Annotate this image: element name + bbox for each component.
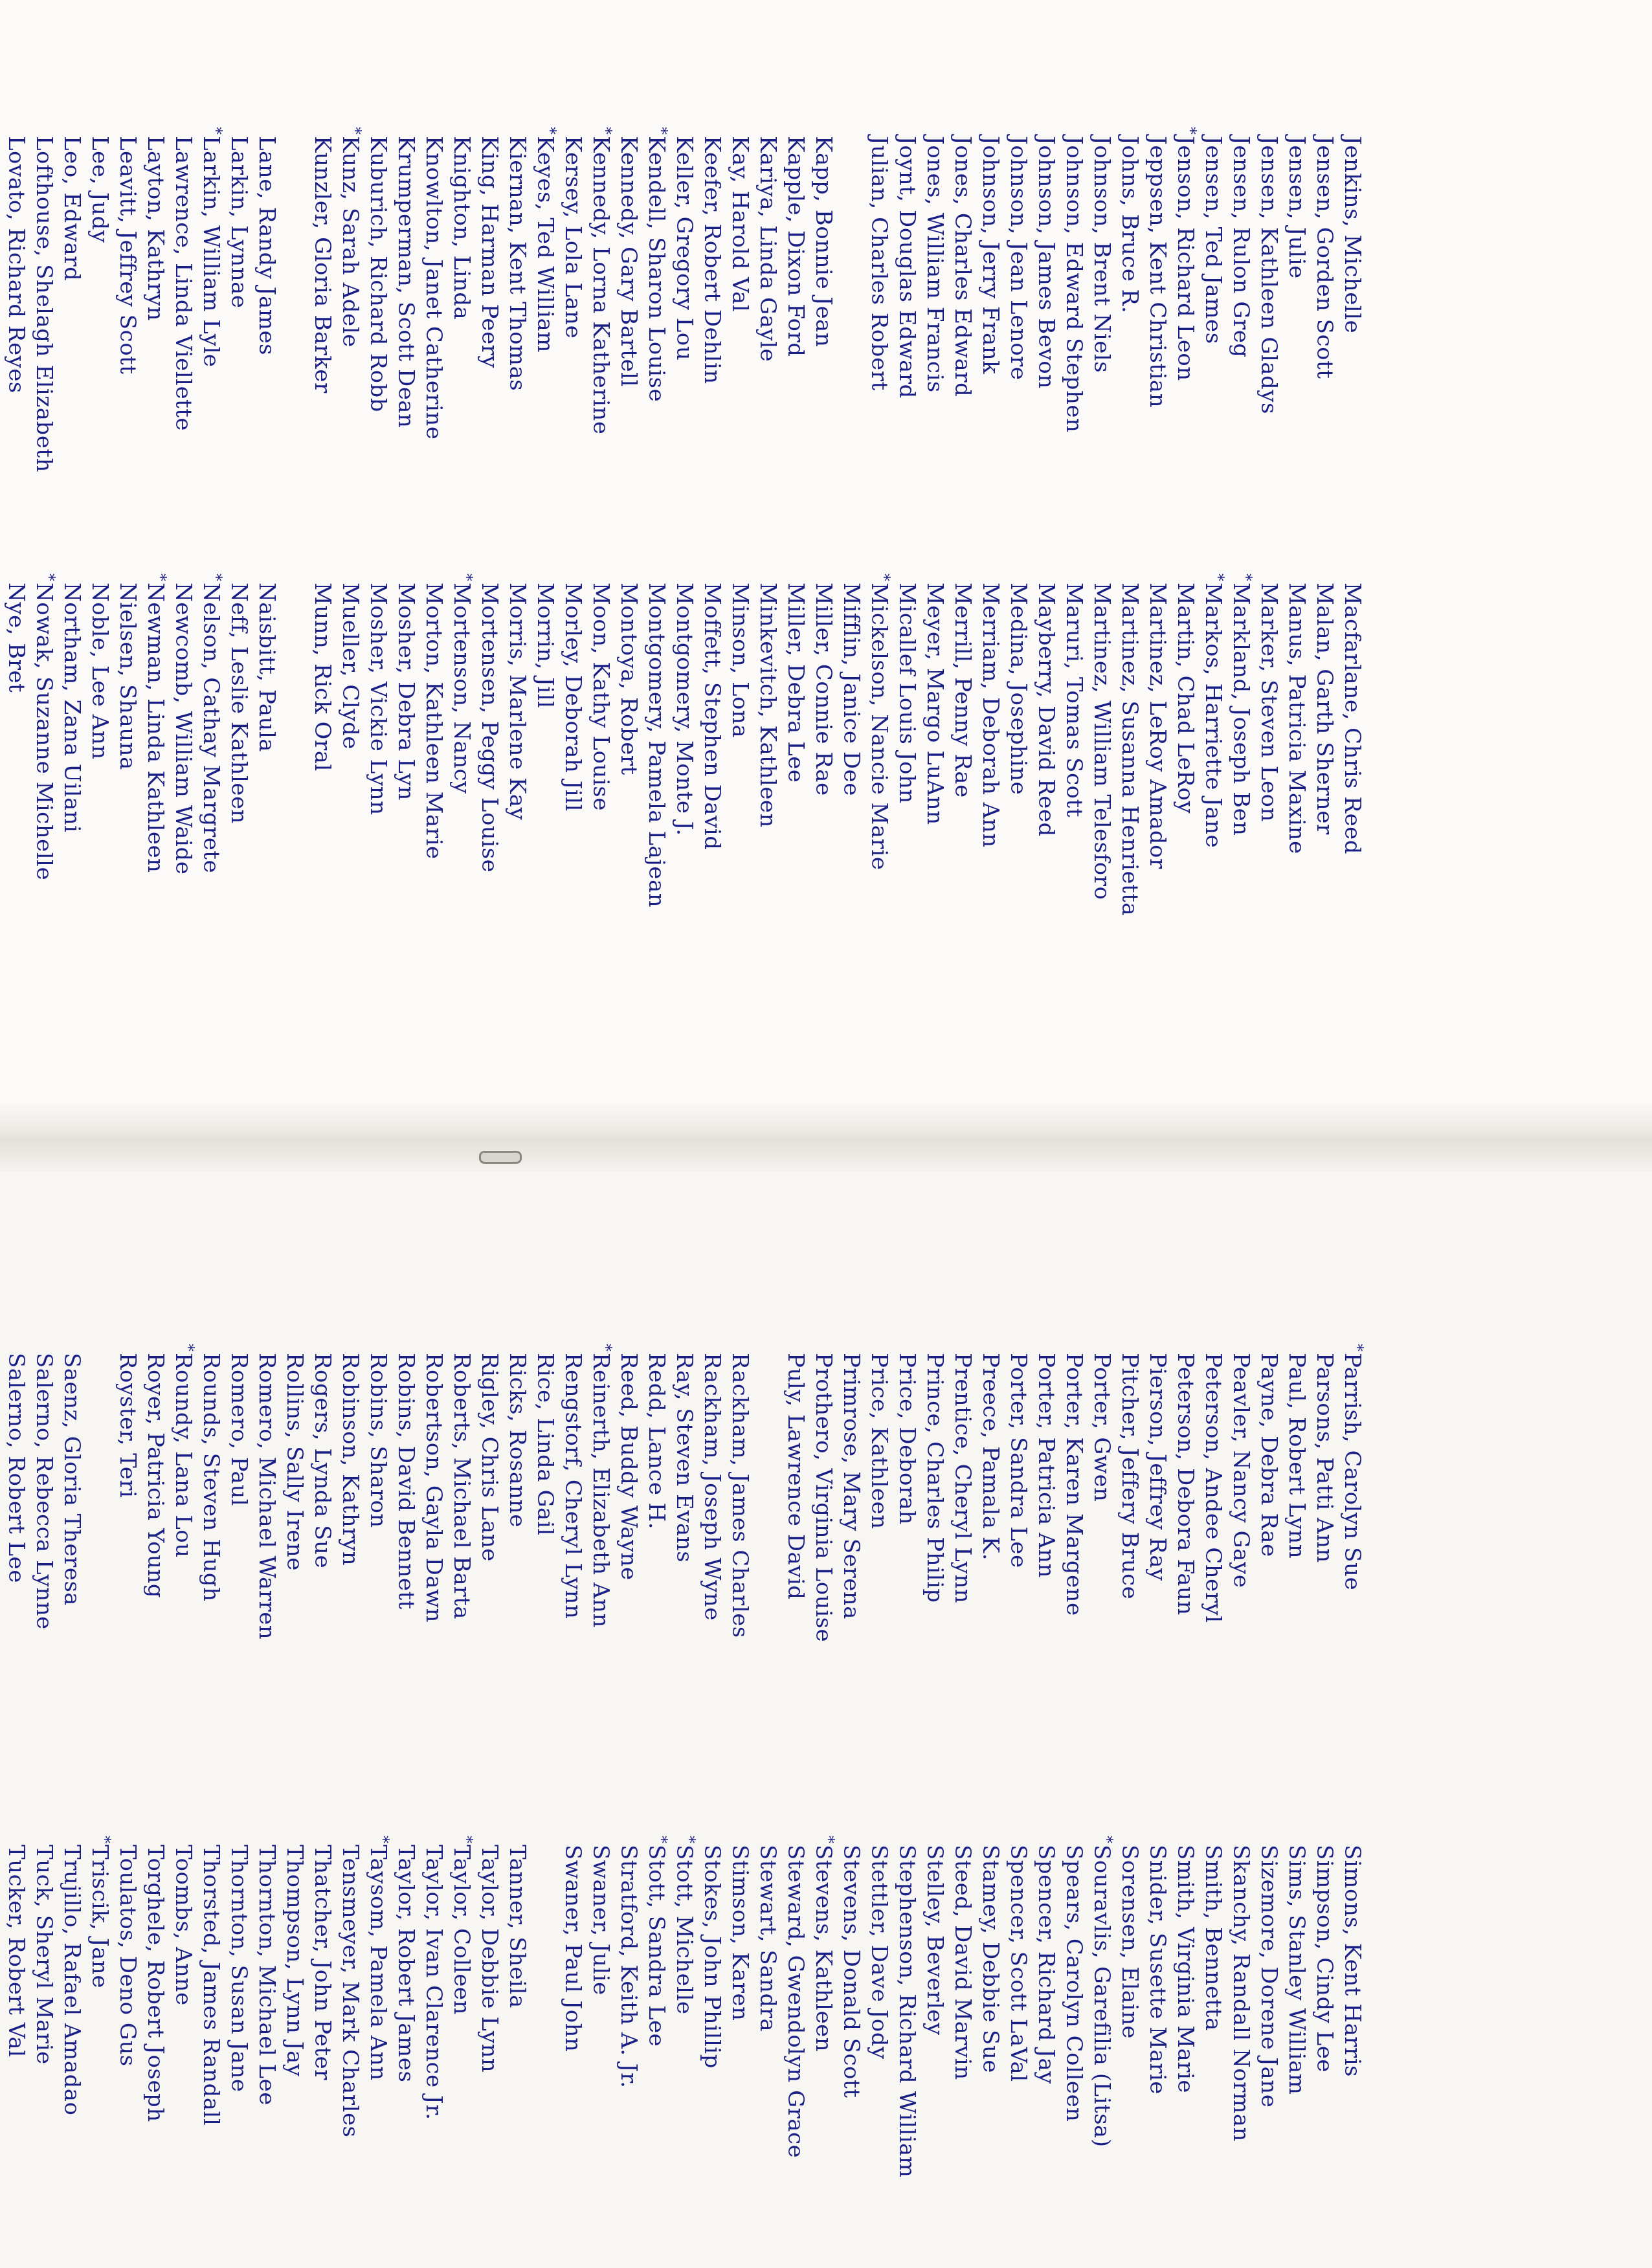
student-name: Royster, Teri (113, 1353, 141, 1662)
list-item: Parsons, Patti Ann (1310, 1353, 1338, 1662)
student-name: Northam, Zana Uilani (58, 583, 85, 916)
student-name: Robins, Sharon (364, 1353, 392, 1662)
list-item: Spencer, Richard Jay (1032, 1845, 1060, 2179)
list-item: Spencer, Scott LaVal (1004, 1845, 1032, 2179)
list-item: Roberts, Michael Barta (447, 1353, 475, 1662)
list-item: Kuburich, Richard Robb (364, 136, 392, 472)
student-name: Leavitt, Jeffrey Scott (113, 136, 141, 472)
student-name: Royer, Patricia Young (141, 1353, 169, 1662)
student-name: Snider, Susette Marie (1143, 1845, 1171, 2179)
student-name: Nowak, Suzanne Michelle (30, 583, 58, 916)
list-item: Prothero, Virginia Louise (809, 1353, 837, 1662)
student-name: Kendell, Sharon Louise (642, 136, 670, 472)
list-item: *Stevens, Kathleen (809, 1845, 837, 2179)
list-item: Marker, Steven Leon (1255, 583, 1282, 916)
list-item: Lovato, Richard Reyes (2, 136, 30, 472)
letter-group-m: Macfarlane, Chris ReedMalan, Garth Shern… (308, 583, 1366, 916)
student-name: Robinson, Kathryn (336, 1353, 364, 1662)
list-item: Swaner, Paul John (559, 1845, 586, 2179)
letter-group-k: Kapp, Bonnie JeanKapple, Dixon FordKariy… (308, 136, 837, 472)
name-column-4: Simons, Kent HarrisSimpson, Cindy LeeSim… (0, 1845, 1366, 2179)
list-item: Robinson, Kathryn (336, 1353, 364, 1662)
student-name: Robins, David Bennett (392, 1353, 419, 1662)
asterisk-icon: * (202, 127, 230, 135)
student-name: Porter, Patricia Ann (1032, 1353, 1060, 1662)
student-name: Reinerth, Elizabeth Ann (586, 1353, 614, 1662)
list-item: *Markos, Harriette Jane (1199, 583, 1227, 916)
student-name: Payne, Debra Rae (1255, 1353, 1282, 1662)
student-name: Stott, Sandra Lee (642, 1845, 670, 2179)
student-name: Tanner, Sheila (503, 1845, 531, 2179)
student-name: Stamey, Debbie Sue (976, 1845, 1004, 2179)
list-item: Taylor, Robert James (392, 1845, 419, 2179)
list-item: Macfarlane, Chris Reed (1338, 583, 1366, 916)
list-item: Snider, Susette Marie (1143, 1845, 1171, 2179)
asterisk-icon: * (1204, 573, 1232, 582)
student-name: Miller, Connie Rae (809, 583, 837, 916)
list-item: *Mortenson, Nancy (447, 583, 475, 916)
list-item: Johnson, Jean Lenore (1004, 136, 1032, 472)
student-name: Kapp, Bonnie Jean (809, 136, 837, 472)
student-name: Kiernan, Kent Thomas (503, 136, 531, 472)
list-item: Micallef Louis John (893, 583, 921, 916)
student-name: Parrish, Carolyn Sue (1338, 1353, 1366, 1662)
student-name: Torghele, Robert Joseph (141, 1845, 169, 2179)
list-item: Jensen, Gorden Scott (1310, 136, 1338, 472)
list-item: Newcomb, William Waide (169, 583, 197, 916)
student-name: Toombs, Anne (169, 1845, 197, 2179)
list-item: Medina, Josephine (1004, 583, 1032, 916)
student-name: Price, Deborah (893, 1353, 921, 1662)
asterisk-icon: * (1343, 1344, 1371, 1352)
list-item: Lee, Judy (85, 136, 113, 472)
list-item: Price, Kathleen (865, 1353, 893, 1662)
list-item: Saenz, Gloria Theresa (58, 1353, 85, 1662)
student-name: Martinez, William Telesforo (1088, 583, 1115, 916)
list-item: Sorensen, Elaine (1115, 1845, 1143, 2179)
student-name: Knowlton, Janet Catherine (419, 136, 447, 472)
student-name: Taylor, Debbie Lynn (475, 1845, 503, 2179)
list-item: Martinez, LeRoy Amador (1143, 583, 1171, 916)
student-name: Price, Kathleen (865, 1353, 893, 1662)
list-item: Leavitt, Jeffrey Scott (113, 136, 141, 472)
student-name: Moffett, Stephen David (698, 583, 726, 916)
student-name: Micallef Louis John (893, 583, 921, 916)
student-name: Jensen, Kathleen Gladys (1255, 136, 1282, 472)
list-item: Taylor, Ivan Clarence Jr. (419, 1845, 447, 2179)
list-item: Morrin, Jill (531, 583, 559, 916)
list-item: Kapp, Bonnie Jean (809, 136, 837, 472)
asterisk-icon: * (592, 127, 619, 135)
student-name: Lovato, Richard Reyes (2, 136, 30, 472)
student-name: Johnson, Brent Niels (1088, 136, 1115, 472)
list-item: Porter, Sandra Lee (1004, 1353, 1032, 1662)
list-item: Sanders, Larry Charles (0, 1353, 2, 1662)
list-item: Stimson, Karen (726, 1845, 753, 2179)
list-item: Munn, Rick Oral (308, 583, 336, 916)
asterisk-icon: * (146, 573, 174, 582)
list-item: Knighton, Linda (447, 136, 475, 472)
list-item: *Nelson, Cathay Margrete (197, 583, 225, 916)
list-item: Martinez, William Telesforo (1088, 583, 1115, 916)
student-name: Markos, Harriette Jane (1199, 583, 1227, 916)
list-item: Montgomery, Pamela Lajean (642, 583, 670, 916)
student-name: Mortenson, Nancy (447, 583, 475, 916)
student-name: Swaner, Julie (586, 1845, 614, 2179)
student-name: Salerno, Robert Lee (2, 1353, 30, 1662)
student-name: Prothero, Virginia Louise (809, 1353, 837, 1662)
student-name: Mickelson, Nancie Marie (865, 583, 893, 916)
student-name: Peterson, Andee Cheryl (1199, 1353, 1227, 1662)
asterisk-icon: * (536, 127, 564, 135)
list-item: Keller, Gregory Lou (670, 136, 698, 472)
asterisk-icon: * (35, 573, 63, 582)
list-item: Jones, Charles Edward (948, 136, 976, 472)
list-item: Smith, Virginia Marie (1171, 1845, 1199, 2179)
student-name: Rice, Linda Gail (531, 1353, 559, 1662)
list-item: *Newman, Linda Kathleen (141, 583, 169, 916)
student-name: Nye, Bret (2, 583, 30, 916)
student-name: Merriam, Deborah Ann (976, 583, 1004, 916)
student-name: Lane, Randy James (252, 136, 280, 472)
student-name: Parsons, Patti Ann (1310, 1353, 1338, 1662)
list-item: Stephenson, Richard William (893, 1845, 921, 2179)
list-item: *Kennedy, Lorna Katherine (586, 136, 614, 472)
student-name: Steed, David Marvin (948, 1845, 976, 2179)
student-name: Pitcher, Jeffery Bruce (1115, 1353, 1143, 1662)
letter-group-n: Naisbitt, PaulaNeff, Leslie Kathleen*Nel… (2, 583, 280, 916)
list-item: Merriam, Deborah Ann (976, 583, 1004, 916)
list-item: Mayberry, David Reed (1032, 583, 1060, 916)
student-name: Nielsen, Shauna (113, 583, 141, 916)
list-item: Royster, Teri (113, 1353, 141, 1662)
list-item: Sims, Stanley William (1282, 1845, 1310, 2179)
list-item: *Keyes, Ted William (531, 136, 559, 472)
student-name: Jensen, Rulon Greg (1227, 136, 1255, 472)
student-name: Thompson, Lynn Jay (280, 1845, 308, 2179)
list-item: Salerno, Rebecca Lynne (30, 1353, 58, 1662)
list-item: Taylor, Debbie Lynn (475, 1845, 503, 2179)
name-column-1: Jenkins, MichelleJensen, Gorden ScottJen… (0, 136, 1366, 472)
list-item: *Taylor, Colleen (447, 1845, 475, 2179)
student-name: Leo, Edward (58, 136, 85, 472)
list-item: Minkevitch, Kathleen (753, 583, 781, 916)
asterisk-icon: * (814, 1836, 842, 1844)
list-item: Reed, Buddy Wayne (614, 1353, 642, 1662)
student-name: Kennedy, Gary Bartell (614, 136, 642, 472)
name-column-3: *Parrish, Carolyn SueParsons, Patti AnnP… (0, 1353, 1366, 1662)
student-name: Newman, Linda Kathleen (141, 583, 169, 916)
student-name: Larkin, Lynnae (225, 136, 252, 472)
student-name: Layton, Kathryn (141, 136, 169, 472)
list-item: Spears, Carolyn Colleen (1060, 1845, 1088, 2179)
student-name: Paul, Robert Lynn (1282, 1353, 1310, 1662)
list-item: Maruri, Tomas Scott (1060, 583, 1088, 916)
list-item: Stelley, Beverley (921, 1845, 948, 2179)
asterisk-icon: * (0, 127, 7, 135)
list-item: Merrill, Penny Rae (948, 583, 976, 916)
list-item: Puly, Lawrence David (781, 1353, 809, 1662)
student-name: Romero, Paul (225, 1353, 252, 1662)
student-name: Porter, Sandra Lee (1004, 1353, 1032, 1662)
list-item: Prince, Charles Philip (921, 1353, 948, 1662)
list-item: Simons, Kent Harris (1338, 1845, 1366, 2179)
student-name: Stokes, John Phillip (698, 1845, 726, 2179)
student-name: Stevens, Kathleen (809, 1845, 837, 2179)
asterisk-icon: * (369, 1836, 397, 1844)
student-name: Rackham, Joseph Wyne (698, 1353, 726, 1662)
student-name: Jenkins, Michelle (1338, 136, 1366, 472)
list-item: Price, Deborah (893, 1353, 921, 1662)
list-item: Primrose, Mary Serena (837, 1353, 865, 1662)
list-item: Stewart, Sandra (753, 1845, 781, 2179)
list-item: Rengstorf, Cheryl Lynn (559, 1353, 586, 1662)
list-item: Toombs, Anne (169, 1845, 197, 2179)
student-name: Stevens, Donald Scott (837, 1845, 865, 2179)
student-name: Tuck, Sheryl Marie (30, 1845, 58, 2179)
list-item: Payne, Debra Rae (1255, 1353, 1282, 1662)
student-name: Neff, Leslie Kathleen (225, 583, 252, 916)
list-item: Stamey, Debbie Sue (976, 1845, 1004, 2179)
student-name: Morton, Kathleen Marie (419, 583, 447, 916)
list-item: Jenkins, Michelle (1338, 136, 1366, 472)
list-item: Northam, Zana Uilani (58, 583, 85, 916)
student-name: Johnson, Jean Lenore (1004, 136, 1032, 472)
list-item: King, Harman Peery (475, 136, 503, 472)
list-item: Romero, Paul (225, 1353, 252, 1662)
list-item: Tuck, Sheryl Marie (30, 1845, 58, 2179)
student-name: Kay, Harold Val (726, 136, 753, 472)
student-name: Stimson, Karen (726, 1845, 753, 2179)
list-item: Mortensen, Peggy Louise (475, 583, 503, 916)
student-name: Moon, Kathy Louise (586, 583, 614, 916)
list-item: *Roundy, Lana Lou (169, 1353, 197, 1662)
list-item: Julian, Charles Robert (865, 136, 893, 472)
list-item: Montgomery, Monte J. (670, 583, 698, 916)
student-name: Prince, Charles Philip (921, 1353, 948, 1662)
list-item: Sizemore, Dorene Jane (1255, 1845, 1282, 2179)
student-name: Medina, Josephine (1004, 583, 1032, 916)
list-item: Swaner, Julie (586, 1845, 614, 2179)
student-name: Naisbitt, Paula (252, 583, 280, 916)
student-name: Keefer, Robert Dehlin (698, 136, 726, 472)
student-name: Martinez, Susanna Henrietta (1115, 583, 1143, 916)
student-name: Jensen, Ted James (1199, 136, 1227, 472)
student-name: Jensen, Julie (1282, 136, 1310, 472)
list-item: Rackham, Joseph Wyne (698, 1353, 726, 1662)
student-name: Preece, Pamala K. (976, 1353, 1004, 1662)
list-item: Lane, Randy James (252, 136, 280, 472)
list-item: Robins, Sharon (364, 1353, 392, 1662)
student-name: Thorsted, James Randall (197, 1845, 225, 2179)
list-item: Thornton, Michael Lee (252, 1845, 280, 2179)
student-name: Keller, Gregory Lou (670, 136, 698, 472)
letter-group-j: Jenkins, MichelleJensen, Gorden ScottJen… (865, 136, 1366, 472)
student-name: Jenson, Richard Leon (1171, 136, 1199, 472)
student-name: Mosher, Debra Lyn (392, 583, 419, 916)
student-name: Julian, Charles Robert (865, 136, 893, 472)
asterisk-icon: * (341, 127, 369, 135)
list-item: Moon, Kathy Louise (586, 583, 614, 916)
student-name: Munn, Rick Oral (308, 583, 336, 916)
student-name: Nelson, Cathay Margrete (197, 583, 225, 916)
list-item: Johnson, Jerry Frank (976, 136, 1004, 472)
list-item: *Souravlis, Garefilia (Litsa) (1088, 1845, 1115, 2179)
page-fold (0, 1100, 1652, 1172)
student-name: Johnson, Jerry Frank (976, 136, 1004, 472)
list-item: Johnson, James Bevon (1032, 136, 1060, 472)
list-item: Prentice, Cheryl Lynn (948, 1353, 976, 1662)
list-item: Pierson, Jeffrey Ray (1143, 1353, 1171, 1662)
student-name: Larkin, William Lyle (197, 136, 225, 472)
asterisk-icon: * (647, 1836, 675, 1844)
list-item: Morton, Kathleen Marie (419, 583, 447, 916)
student-name: Souravlis, Garefilia (Litsa) (1088, 1845, 1115, 2179)
student-name: Rollins, Sally Irene (280, 1353, 308, 1662)
list-item: Keefer, Robert Dehlin (698, 136, 726, 472)
list-item: Redd, Lance H. (642, 1353, 670, 1662)
asterisk-icon: * (452, 1836, 480, 1844)
student-name: Jeppsen, Kent Christian (1143, 136, 1171, 472)
student-name: Manus, Patricia Maxine (1282, 583, 1310, 916)
student-name: Minson, Lona (726, 583, 753, 916)
list-item: Rackham, James Charles (726, 1353, 753, 1662)
student-name: Merrill, Penny Rae (948, 583, 976, 916)
list-item: Lofthouse, Shelagh Elizabeth (30, 136, 58, 472)
list-item: Kay, Harold Val (726, 136, 753, 472)
student-name: Sizemore, Dorene Jane (1255, 1845, 1282, 2179)
list-item: Kersey, Lola Lane (559, 136, 586, 472)
student-name: Mueller, Clyde (336, 583, 364, 916)
list-item: Rollins, Sally Irene (280, 1353, 308, 1662)
student-name: Lawrence, Linda Viellette (169, 136, 197, 472)
list-item: Naisbitt, Paula (252, 583, 280, 916)
student-name: Montoya, Robert (614, 583, 642, 916)
list-item: Malan, Garth Sherner (1310, 583, 1338, 916)
student-name: Stott, Michelle (670, 1845, 698, 2179)
asterisk-icon: * (202, 573, 230, 582)
student-name: Tensmeyer, Mark Charles (336, 1845, 364, 2179)
student-name: Jones, Charles Edward (948, 136, 976, 472)
student-name: Kuburich, Richard Robb (364, 136, 392, 472)
list-item: Mosher, Debra Lyn (392, 583, 419, 916)
list-item: Ray, Steven Evans (670, 1353, 698, 1662)
list-item: Miller, Debra Lee (781, 583, 809, 916)
list-item: Rogers, Lynda Sue (308, 1353, 336, 1662)
student-name: Lofthouse, Shelagh Elizabeth (30, 136, 58, 472)
list-item: Peterson, Debora Faun (1171, 1353, 1199, 1662)
student-name: Smith, Virginia Marie (1171, 1845, 1199, 2179)
student-name: Maruri, Tomas Scott (1060, 583, 1088, 916)
student-name: Johnson, James Bevon (1032, 136, 1060, 472)
list-item: Stratford, Keith A. Jr. (614, 1845, 642, 2179)
student-name: Stewart, Sandra (753, 1845, 781, 2179)
list-item: Stevens, Donald Scott (837, 1845, 865, 2179)
list-item: Thompson, Lynn Jay (280, 1845, 308, 2179)
student-name: Rounds, Steven Hugh (197, 1353, 225, 1662)
student-name: Marker, Steven Leon (1255, 583, 1282, 916)
student-name: Saenz, Gloria Theresa (58, 1353, 85, 1662)
student-name: Sorensen, Elaine (1115, 1845, 1143, 2179)
student-name: Thornton, Susan Jane (225, 1845, 252, 2179)
list-item: Kapple, Dixon Ford (781, 136, 809, 472)
list-item: Porter, Patricia Ann (1032, 1353, 1060, 1662)
list-item: Mosher, Vickie Lynn (364, 583, 392, 916)
list-item: *Parrish, Carolyn Sue (1338, 1353, 1366, 1662)
list-item: Lawrence, Linda Viellette (169, 136, 197, 472)
list-item: Morris, Marlene Kay (503, 583, 531, 916)
list-item: *Stott, Sandra Lee (642, 1845, 670, 2179)
student-name: Stettler, Dave Jody (865, 1845, 893, 2179)
student-name: Spencer, Scott LaVal (1004, 1845, 1032, 2179)
student-name: Tucker, Robert Val (2, 1845, 30, 2179)
student-name: King, Harman Peery (475, 136, 503, 472)
list-item: Torghele, Robert Joseph (141, 1845, 169, 2179)
list-item: Paul, Robert Lynn (1282, 1353, 1310, 1662)
student-name: Noble, Lee Ann (85, 583, 113, 916)
list-item: Skanchy, Randall Norman (1227, 1845, 1255, 2179)
list-item: Porter, Gwen (1088, 1353, 1115, 1662)
name-column-2: Macfarlane, Chris ReedMalan, Garth Shern… (0, 583, 1366, 916)
list-item: Thornton, Susan Jane (225, 1845, 252, 2179)
list-item: Romero, Michael Warren (252, 1353, 280, 1662)
student-name: Stephenson, Richard William (893, 1845, 921, 2179)
student-name: Taylor, Colleen (447, 1845, 475, 2179)
list-item: Jensen, Julie (1282, 136, 1310, 472)
list-item: Stettler, Dave Jody (865, 1845, 893, 2179)
list-item: Nye, Bret (2, 583, 30, 916)
list-item: Joynt, Douglas Edward (893, 136, 921, 472)
student-name: Primrose, Mary Serena (837, 1353, 865, 1662)
list-item: Preece, Pamala K. (976, 1353, 1004, 1662)
student-name: Porter, Gwen (1088, 1353, 1115, 1662)
list-item: Peavler, Nancy Gaye (1227, 1353, 1255, 1662)
list-item: Montoya, Robert (614, 583, 642, 916)
list-item: Jensen, Kathleen Gladys (1255, 136, 1282, 472)
student-name: Peavler, Nancy Gaye (1227, 1353, 1255, 1662)
student-name: Robertson, Gayla Dawn (419, 1353, 447, 1662)
list-item: Rigley, Chris Lane (475, 1353, 503, 1662)
list-item: Kennedy, Gary Bartell (614, 136, 642, 472)
student-name: Taylor, Ivan Clarence Jr. (419, 1845, 447, 2179)
asterisk-icon: * (647, 127, 675, 135)
list-item: Royer, Patricia Young (141, 1353, 169, 1662)
list-item: Nielsen, Shauna (113, 583, 141, 916)
asterisk-icon: * (1176, 127, 1204, 135)
list-item: Thorsted, James Randall (197, 1845, 225, 2179)
list-item: Jones, William Francis (921, 136, 948, 472)
list-item: *Jenson, Richard Leon (1171, 136, 1199, 472)
student-name: Mifflin, Janice Dee (837, 583, 865, 916)
letter-group-r: Rackham, James CharlesRackham, Joseph Wy… (113, 1353, 753, 1662)
student-name: Rengstorf, Cheryl Lynn (559, 1353, 586, 1662)
list-item: Rice, Linda Gail (531, 1353, 559, 1662)
student-name: Steward, Gwendolyn Grace (781, 1845, 809, 2179)
student-name: Taysom, Pamela Ann (364, 1845, 392, 2179)
student-name: Reed, Buddy Wayne (614, 1353, 642, 1662)
letter-group-l: Lane, Randy JamesLarkin, Lynnae*Larkin, … (0, 136, 280, 472)
student-name: Puly, Lawrence David (781, 1353, 809, 1662)
list-item: Thatcher, John Peter (308, 1845, 336, 2179)
student-name: Minkevitch, Kathleen (753, 583, 781, 916)
list-item: Johns, Bruce R. (1115, 136, 1143, 472)
list-item: Layton, Kathryn (141, 136, 169, 472)
student-name: Thornton, Michael Lee (252, 1845, 280, 2179)
student-name: Simons, Kent Harris (1338, 1845, 1366, 2179)
student-name: Toulatos, Deno Gus (113, 1845, 141, 2179)
student-name: Pierson, Jeffrey Ray (1143, 1353, 1171, 1662)
list-item: Steed, David Marvin (948, 1845, 976, 2179)
